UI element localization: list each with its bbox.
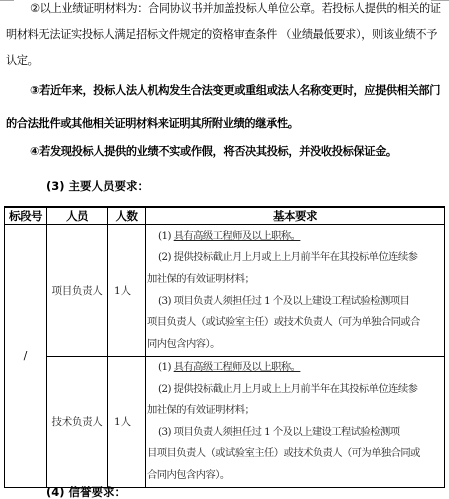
paragraph-2-line-1: ②以上业绩证明材料为：合同协议书并加盖投标人单位公章。若投标人提供的相关的证 (30, 2, 449, 15)
header-segment: 标段号 (5, 207, 47, 225)
requirement-line: 项目负责人（或试验室主任）或技术负责人（可为单独合同或合 (146, 312, 444, 334)
requirements-cell: (1) 具有高级工程师及以上职称。 (2) 提供投标截止月上月或上上月前半年在其… (146, 225, 445, 357)
requirement-line: (1) 具有高级工程师及以上职称。 (146, 357, 444, 379)
requirement-line: 同内包含内容）。 (146, 334, 444, 356)
requirement-line: (3) 项目负责人须担任过 1 个及以上建设工程试验检测项 (146, 422, 444, 444)
requirement-line: (3) 项目负责人须担任过 1 个及以上建设工程试验检测项目 (146, 291, 444, 313)
header-personnel: 人员 (47, 207, 108, 225)
section-4-heading: (4) 信誉要求： (46, 484, 126, 499)
role-cell: 项目负责人 (47, 225, 108, 357)
table-header-row: 标段号 人员 人数 基本要求 (5, 207, 445, 225)
requirement-line: (2) 提供投标截止月上月或上上月前半年在其投标单位连续参 (146, 379, 444, 401)
requirement-line: (2) 提供投标截止月上月或上上月前半年在其投标单位连续参 (146, 247, 444, 269)
header-count: 人数 (108, 207, 146, 225)
requirements-cell: (1) 具有高级工程师及以上职称。 (2) 提供投标截止月上月或上上月前半年在其… (146, 357, 445, 488)
count-cell: 1人 (108, 225, 146, 357)
personnel-requirements-table: 标段号 人员 人数 基本要求 / 项目负责人 1人 (1) 具有高级工程师及以上… (4, 206, 445, 488)
requirement-line: (1) 具有高级工程师及以上职称。 (146, 226, 444, 248)
requirement-line: 合同内包含内容）。 (146, 465, 444, 487)
requirement-line: 加社保的有效证明材料； (146, 400, 444, 422)
requirement-prefix: (1) (158, 230, 174, 242)
table-row: / 项目负责人 1人 (1) 具有高级工程师及以上职称。 (2) 提供投标截止月… (5, 225, 445, 357)
table-row: 技术负责人 1人 (1) 具有高级工程师及以上职称。 (2) 提供投标截止月上月… (5, 357, 445, 488)
paragraph-2-line-3: 认定。 (6, 54, 446, 67)
page-edge-left (0, 0, 14, 1)
segment-cell: / (5, 225, 47, 488)
paragraph-3-line-1: ③若近年来，投标人法人机构发生合法变更或重组或法人名称变更时，应提供相关部门 (30, 84, 449, 97)
count-cell: 1人 (108, 357, 146, 488)
requirement-text: 具有高级工程师及以上职称。 (174, 230, 301, 242)
paragraph-3-line-2: 的合法批件或其他相关证明材料来证明其所附业绩的继承性。 (6, 117, 446, 130)
paragraph-4-line-1: ④若发现投标人提供的业绩不实或作假，将否决其投标，并没收投标保证金。 (30, 145, 449, 158)
requirement-line: 目项目负责人（或试验室主任）或技术负责人（可为单独合同或 (146, 443, 444, 465)
section-3-heading: (3) 主要人员要求： (46, 178, 149, 194)
requirement-text: 具有高级工程师及以上职称。 (174, 361, 301, 373)
header-requirements: 基本要求 (146, 207, 445, 225)
requirement-prefix: (1) (158, 361, 174, 373)
paragraph-2-line-2: 明材料无法证实投标人满足招标文件规定的资格审查条件 （业绩最低要求），则该业绩不… (6, 28, 446, 41)
page-edge-right (431, 0, 449, 1)
requirement-line: 加社保的有效证明材料； (146, 269, 444, 291)
role-cell: 技术负责人 (47, 357, 108, 488)
